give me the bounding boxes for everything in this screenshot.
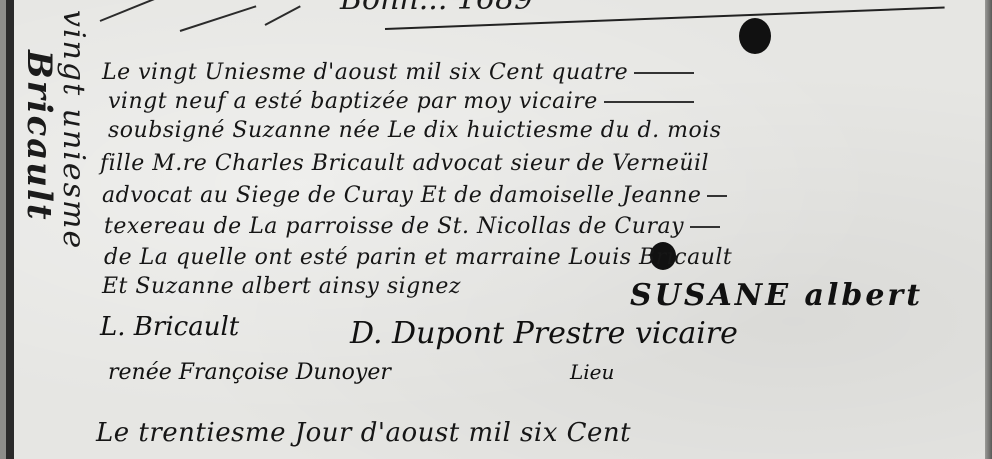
next-entry-line-1: Le trentiesme Jour d'aoust mil six Cent: [96, 418, 631, 448]
entry-line-5: advocat au Siege de Curay Et de damoisel…: [102, 183, 727, 208]
signature-witness: renée Françoise Dunoyer: [108, 360, 391, 385]
page-heading: Bonn... 1689: [340, 0, 533, 17]
signature-godfather: L. Bricault: [100, 312, 239, 342]
entry-line-7: de La quelle ont esté parin et marraine …: [104, 245, 732, 270]
entry-line-2: vingt neuf a esté baptizée par moy vicai…: [108, 89, 694, 114]
entry-line-8: Et Suzanne albert ainsy signez: [102, 274, 461, 299]
margin-annotation-name: Bricault: [22, 50, 56, 222]
margin-annotation-date: vingt uniesme: [56, 10, 91, 250]
decorative-stroke: [265, 5, 301, 26]
signature-priest: D. Dupont Prestre vicaire: [350, 316, 738, 351]
ink-blot: [739, 18, 771, 54]
document-page: vingt uniesme Bricault Bonn... 1689 Le v…: [0, 0, 992, 459]
binding-edge: [6, 0, 14, 459]
entry-line-6: texereau de La parroisse de St. Nicollas…: [104, 214, 720, 239]
page-right-edge: [985, 0, 992, 459]
margin-annotation: vingt uniesme Bricault: [22, 10, 90, 459]
entry-line-4: fille M.re Charles Bricault advocat sieu…: [100, 151, 709, 176]
entry-line-1: Le vingt Uniesme d'aoust mil six Cent qu…: [102, 60, 694, 85]
signature-godmother: SUSANE albert: [630, 278, 923, 313]
decorative-stroke: [100, 0, 156, 22]
decorative-stroke: [180, 5, 257, 32]
entry-line-3: soubsigné Suzanne née Le dix huictiesme …: [108, 118, 722, 143]
place-note: Lieu: [570, 360, 614, 384]
